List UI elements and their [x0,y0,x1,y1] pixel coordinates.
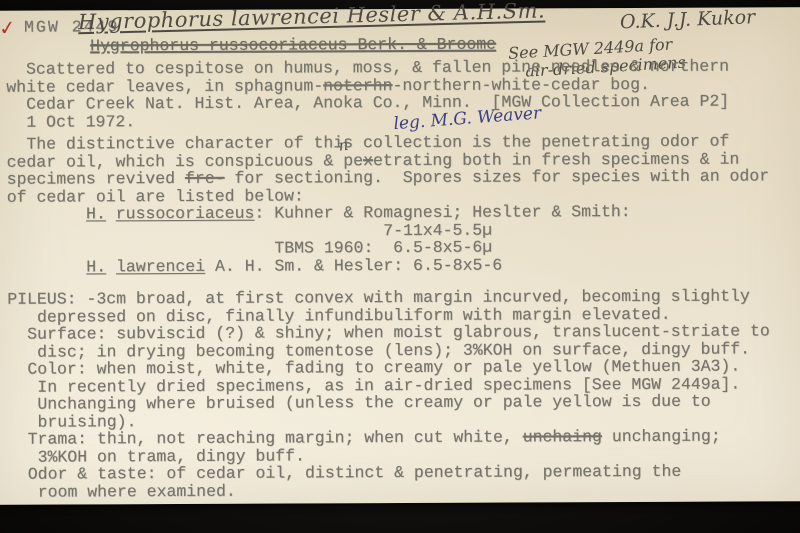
typed-segment: Cedar Creek Nat. Hist. Area, Anoka Co., … [6,92,729,114]
typed-line: Trama: thin, not reaching margin; when c… [8,427,800,448]
typed-segment-strike: unchaing [523,427,602,446]
specimen-card: ✓ MGW 2449 Hygrophorus lawrencei Hesler … [0,7,800,505]
pileus-description-paragraph: PILEUS: -3cm broad, at first convex with… [7,287,800,500]
typed-segment-u: lawrencei [116,256,205,275]
typed-segment [7,257,86,276]
typed-segment: A. H. Sm. & Hesler: 6.5-8x5-6 [205,255,502,275]
typed-line: 1 Oct 1972. [6,110,800,131]
struck-out-species-name: Hygrophorus russocoriaceus Berk. & Broom… [90,36,496,55]
typed-line: room where examined. [8,480,800,501]
red-checkmark-icon: ✓ [0,15,17,41]
typed-line: H. lawrencei A. H. Sm. & Hesler: 6.5-8x5… [7,255,800,276]
typed-line: specimens revived fre- for sectioning. S… [7,167,800,188]
typed-line: Cedar Creek Nat. Hist. Area, Anoka Co., … [6,92,800,113]
typed-segment [7,204,86,223]
handwritten-approval: O.K. J.J. Kukor [620,6,756,33]
typed-segment [106,204,116,223]
typed-segment-strike: fre- [185,169,225,188]
typed-segment: Odor & taste: of cedar oil, distinct & p… [8,462,681,484]
typed-segment [106,257,116,276]
odor-and-spores-paragraph: The distinctive character of this collec… [6,132,800,275]
typed-segment-u: H. [86,257,106,276]
typed-segment: Unchanging where bruised (unless the cre… [8,392,711,414]
typed-line: Unchanging where bruised (unless the cre… [8,392,800,413]
typed-segment-strike: noterhn [323,76,392,95]
typed-segment: 1 Oct 1972. [6,112,135,132]
typed-segment: unchanging; [602,427,721,447]
habitat-paragraph: Scattered to cespitose on humus, moss, &… [6,57,800,130]
typed-segment-strike: x [363,151,373,170]
typed-line: Odor & taste: of cedar oil, distinct & p… [8,462,800,483]
typed-segment: for sectioning. Spores sizes for species… [224,166,769,187]
typed-segment: room where examined. [8,481,236,501]
typed-segment-u: H. [86,204,106,223]
